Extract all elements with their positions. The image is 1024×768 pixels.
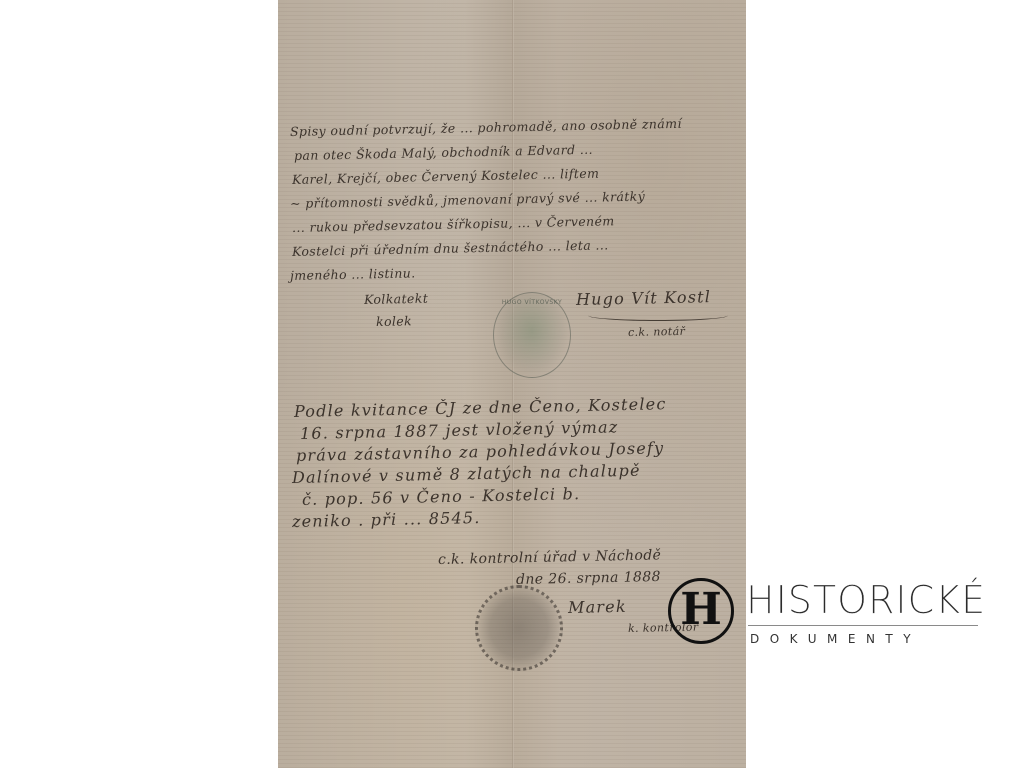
handwriting-line: pan otec Škoda Malý, obchodník a Edvard … — [294, 142, 593, 163]
logo-title: HISTORICKÉ — [746, 580, 986, 620]
handwriting-line: 16. srpna 1887 jest vložený výmaz — [300, 417, 619, 443]
stamp-text: HUGO VÍTKOVSKY — [494, 299, 570, 306]
logo-subtitle: DOKUMENTY — [750, 632, 921, 646]
notary-stamp: HUGO VÍTKOVSKY — [493, 292, 571, 378]
handwriting-line: ~ přítomnosti svědků, jmenovaní pravý sv… — [290, 189, 645, 211]
logo-monogram: H — [668, 578, 734, 644]
handwriting-line: Dalínové v sumě 8 zlatých na chalupě — [292, 461, 641, 487]
handwriting-line: zeniko . při ... 8545. — [292, 508, 481, 531]
notary-signature: Hugo Vít Kostl — [576, 287, 711, 309]
notary-title: c.k. notář — [628, 325, 686, 339]
handwriting-line: ... rukou předsevzatou šířkopisu, ... v … — [292, 213, 615, 235]
handwriting-line: Karel, Krejčí, obec Červený Kostelec ...… — [292, 166, 600, 187]
left-signature-line: Kolkatekt — [364, 291, 428, 307]
logo-divider — [748, 625, 978, 626]
left-signature-line: kolek — [376, 313, 412, 329]
closing-signature: Marek — [568, 597, 627, 617]
closing-date: dne 26. srpna 1888 — [516, 569, 661, 588]
signature-flourish — [588, 310, 728, 321]
handwriting-line: Spisy oudní potvrzují, že ... pohromadě,… — [290, 116, 682, 139]
historicke-dokumenty-logo: H HISTORICKÉ DOKUMENTY — [668, 572, 978, 652]
handwriting-line: jmeného ... listinu. — [290, 265, 416, 283]
closing-line: c.k. kontrolní úřad v Náchodě — [438, 547, 662, 568]
document-paper: Spisy oudní potvrzují, že ... pohromadě,… — [278, 0, 746, 768]
office-seal — [475, 585, 563, 671]
handwriting-line: Kostelci při úředním dnu šestnáctého ...… — [292, 237, 609, 259]
handwriting-line: č. pop. 56 v Čeno - Kostelci b. — [302, 484, 581, 509]
